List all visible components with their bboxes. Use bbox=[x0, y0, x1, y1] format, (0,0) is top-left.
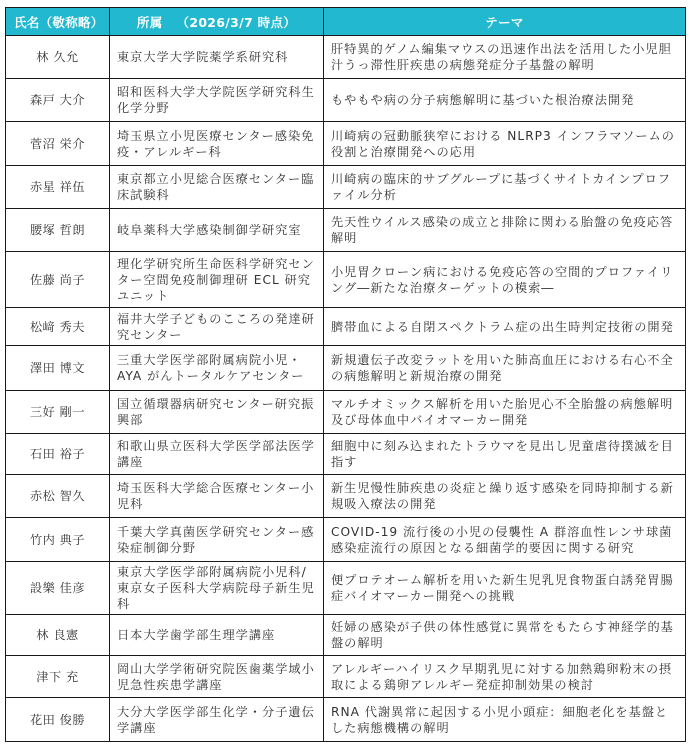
cell-affiliation: 理化学研究所生命医科学研究センター空間免疫制御理研 ECL 研究ユニット bbox=[110, 252, 324, 308]
cell-theme: 先天性ウイルス感染の成立と排除に関わる胎盤の免疫応答解明 bbox=[324, 209, 686, 252]
cell-affiliation: 岐阜薬科大学感染制御学研究室 bbox=[110, 209, 324, 252]
table-row: 花田 俊勝大分大学医学部生化学・分子遺伝学講座RNA 代謝異常に起因する小児小頭… bbox=[6, 698, 686, 742]
cell-theme: もやもや病の分子病態解明に基づいた根治療法開発 bbox=[324, 79, 686, 122]
cell-name: 津下 充 bbox=[6, 656, 110, 698]
cell-affiliation: 日本大学歯学部生理学講座 bbox=[110, 615, 324, 656]
cell-theme: 新規遺伝子改変ラットを用いた肺高血圧における右心不全の病態解明と新規治療の開発 bbox=[324, 346, 686, 391]
cell-name: 澤田 博文 bbox=[6, 346, 110, 391]
cell-theme: 肝特異的ゲノム編集マウスの迅速作出法を活用した小児胆汁うっ滞性肝疾患の病態発症分… bbox=[324, 36, 686, 79]
header-theme: テーマ bbox=[324, 8, 686, 36]
table-row: 澤田 博文三重大学医学部附属病院小児・AYA がんトータルケアセンター新規遺伝子… bbox=[6, 346, 686, 391]
cell-name: 菅沼 栄介 bbox=[6, 122, 110, 166]
header-row: 氏名（敬称略） 所属（2026/3/7 時点） テーマ bbox=[6, 8, 686, 36]
cell-name: 森戸 大介 bbox=[6, 79, 110, 122]
table-header: 氏名（敬称略） 所属（2026/3/7 時点） テーマ bbox=[6, 8, 686, 36]
cell-affiliation: 岡山大学学術研究院医歯薬学域小児急性疾患学講座 bbox=[110, 656, 324, 698]
cell-theme: 川崎病の臨床的サブグループに基づくサイトカインプロファイル分析 bbox=[324, 166, 686, 209]
table-row: 松﨑 秀夫福井大学子どものこころの発達研究センター臍帯血による自閉スペクトラム症… bbox=[6, 308, 686, 346]
cell-theme: COVID-19 流行後の小児の侵襲性 A 群溶血性レンサ球菌感染症流行の原因と… bbox=[324, 518, 686, 562]
grantee-table: 氏名（敬称略） 所属（2026/3/7 時点） テーマ 林 久允東京大学大学院薬… bbox=[5, 7, 686, 742]
cell-theme: 新生児慢性肺疾患の炎症と繰り返す感染を同時抑制する新規吸入療法の開発 bbox=[324, 475, 686, 518]
cell-affiliation: 千葉大学真菌医学研究センター感染症制御分野 bbox=[110, 518, 324, 562]
table-row: 赤松 智久埼玉医科大学総合医療センター小児科新生児慢性肺疾患の炎症と繰り返す感染… bbox=[6, 475, 686, 518]
cell-name: 三好 剛一 bbox=[6, 391, 110, 434]
header-name: 氏名（敬称略） bbox=[6, 8, 110, 36]
header-affiliation-date: （2026/3/7 時点） bbox=[177, 15, 297, 30]
cell-theme: 妊婦の感染が子供の体性感覚に異常をもたらす神経学的基盤の解明 bbox=[324, 615, 686, 656]
cell-theme: マルチオミックス解析を用いた胎児心不全胎盤の病態解明及び母体血中バイオマーカー開… bbox=[324, 391, 686, 434]
cell-name: 赤松 智久 bbox=[6, 475, 110, 518]
table-row: 森戸 大介昭和医科大学大学院医学研究科生化学分野もやもや病の分子病態解明に基づい… bbox=[6, 79, 686, 122]
table-row: 設樂 佳彦東京大学医学部附属病院小児科/東京女子医科大学病院母子新生児科便プロテ… bbox=[6, 562, 686, 615]
cell-name: 林 良憲 bbox=[6, 615, 110, 656]
cell-name: 佐藤 尚子 bbox=[6, 252, 110, 308]
cell-affiliation: 和歌山県立医科大学医学部法医学講座 bbox=[110, 434, 324, 475]
table-row: 腰塚 哲朗岐阜薬科大学感染制御学研究室先天性ウイルス感染の成立と排除に関わる胎盤… bbox=[6, 209, 686, 252]
header-affiliation: 所属（2026/3/7 時点） bbox=[110, 8, 324, 36]
cell-theme: 川崎病の冠動脈狭窄における NLRP3 インフラマソームの役割と治療開発への応用 bbox=[324, 122, 686, 166]
cell-affiliation: 東京都立小児総合医療センター臨床試験科 bbox=[110, 166, 324, 209]
table-row: 林 良憲日本大学歯学部生理学講座妊婦の感染が子供の体性感覚に異常をもたらす神経学… bbox=[6, 615, 686, 656]
cell-theme: 小児胃クローン病における免疫応答の空間的プロファイリング―新たな治療ターゲットの… bbox=[324, 252, 686, 308]
cell-affiliation: 国立循環器病研究センター研究振興部 bbox=[110, 391, 324, 434]
cell-name: 腰塚 哲朗 bbox=[6, 209, 110, 252]
cell-affiliation: 昭和医科大学大学院医学研究科生化学分野 bbox=[110, 79, 324, 122]
table-row: 佐藤 尚子理化学研究所生命医科学研究センター空間免疫制御理研 ECL 研究ユニッ… bbox=[6, 252, 686, 308]
cell-theme: 臍帯血による自閉スペクトラム症の出生時判定技術の開発 bbox=[324, 308, 686, 346]
cell-affiliation: 福井大学子どものこころの発達研究センター bbox=[110, 308, 324, 346]
table-row: 三好 剛一国立循環器病研究センター研究振興部マルチオミックス解析を用いた胎児心不… bbox=[6, 391, 686, 434]
table-row: 石田 裕子和歌山県立医科大学医学部法医学講座細胞中に刻み込まれたトラウマを見出し… bbox=[6, 434, 686, 475]
cell-name: 設樂 佳彦 bbox=[6, 562, 110, 615]
table-row: 赤星 祥伍東京都立小児総合医療センター臨床試験科川崎病の臨床的サブグループに基づ… bbox=[6, 166, 686, 209]
cell-name: 竹内 典子 bbox=[6, 518, 110, 562]
cell-affiliation: 大分大学医学部生化学・分子遺伝学講座 bbox=[110, 698, 324, 742]
cell-theme: 細胞中に刻み込まれたトラウマを見出し児童虐待撲滅を目指す bbox=[324, 434, 686, 475]
cell-name: 林 久允 bbox=[6, 36, 110, 79]
cell-name: 赤星 祥伍 bbox=[6, 166, 110, 209]
cell-theme: RNA 代謝異常に起因する小児小頭症：細胞老化を基盤とした病態機構の解明 bbox=[324, 698, 686, 742]
cell-affiliation: 埼玉県立小児医療センター感染免疫・アレルギー科 bbox=[110, 122, 324, 166]
table-body: 林 久允東京大学大学院薬学系研究科肝特異的ゲノム編集マウスの迅速作出法を活用した… bbox=[6, 36, 686, 742]
cell-affiliation: 埼玉医科大学総合医療センター小児科 bbox=[110, 475, 324, 518]
cell-theme: 便プロテオーム解析を用いた新生児乳児食物蛋白誘発胃腸症バイオマーカー開発への挑戦 bbox=[324, 562, 686, 615]
table-row: 林 久允東京大学大学院薬学系研究科肝特異的ゲノム編集マウスの迅速作出法を活用した… bbox=[6, 36, 686, 79]
cell-affiliation: 東京大学大学院薬学系研究科 bbox=[110, 36, 324, 79]
table-row: 竹内 典子千葉大学真菌医学研究センター感染症制御分野COVID-19 流行後の小… bbox=[6, 518, 686, 562]
cell-name: 石田 裕子 bbox=[6, 434, 110, 475]
header-affiliation-label: 所属 bbox=[137, 15, 163, 30]
cell-theme: アレルギーハイリスク早期乳児に対する加熱鶏卵粉末の摂取による鶏卵アレルギー発症抑… bbox=[324, 656, 686, 698]
table-row: 菅沼 栄介埼玉県立小児医療センター感染免疫・アレルギー科川崎病の冠動脈狭窄におけ… bbox=[6, 122, 686, 166]
cell-affiliation: 三重大学医学部附属病院小児・AYA がんトータルケアセンター bbox=[110, 346, 324, 391]
cell-name: 花田 俊勝 bbox=[6, 698, 110, 742]
cell-affiliation: 東京大学医学部附属病院小児科/東京女子医科大学病院母子新生児科 bbox=[110, 562, 324, 615]
table-row: 津下 充岡山大学学術研究院医歯薬学域小児急性疾患学講座アレルギーハイリスク早期乳… bbox=[6, 656, 686, 698]
cell-name: 松﨑 秀夫 bbox=[6, 308, 110, 346]
